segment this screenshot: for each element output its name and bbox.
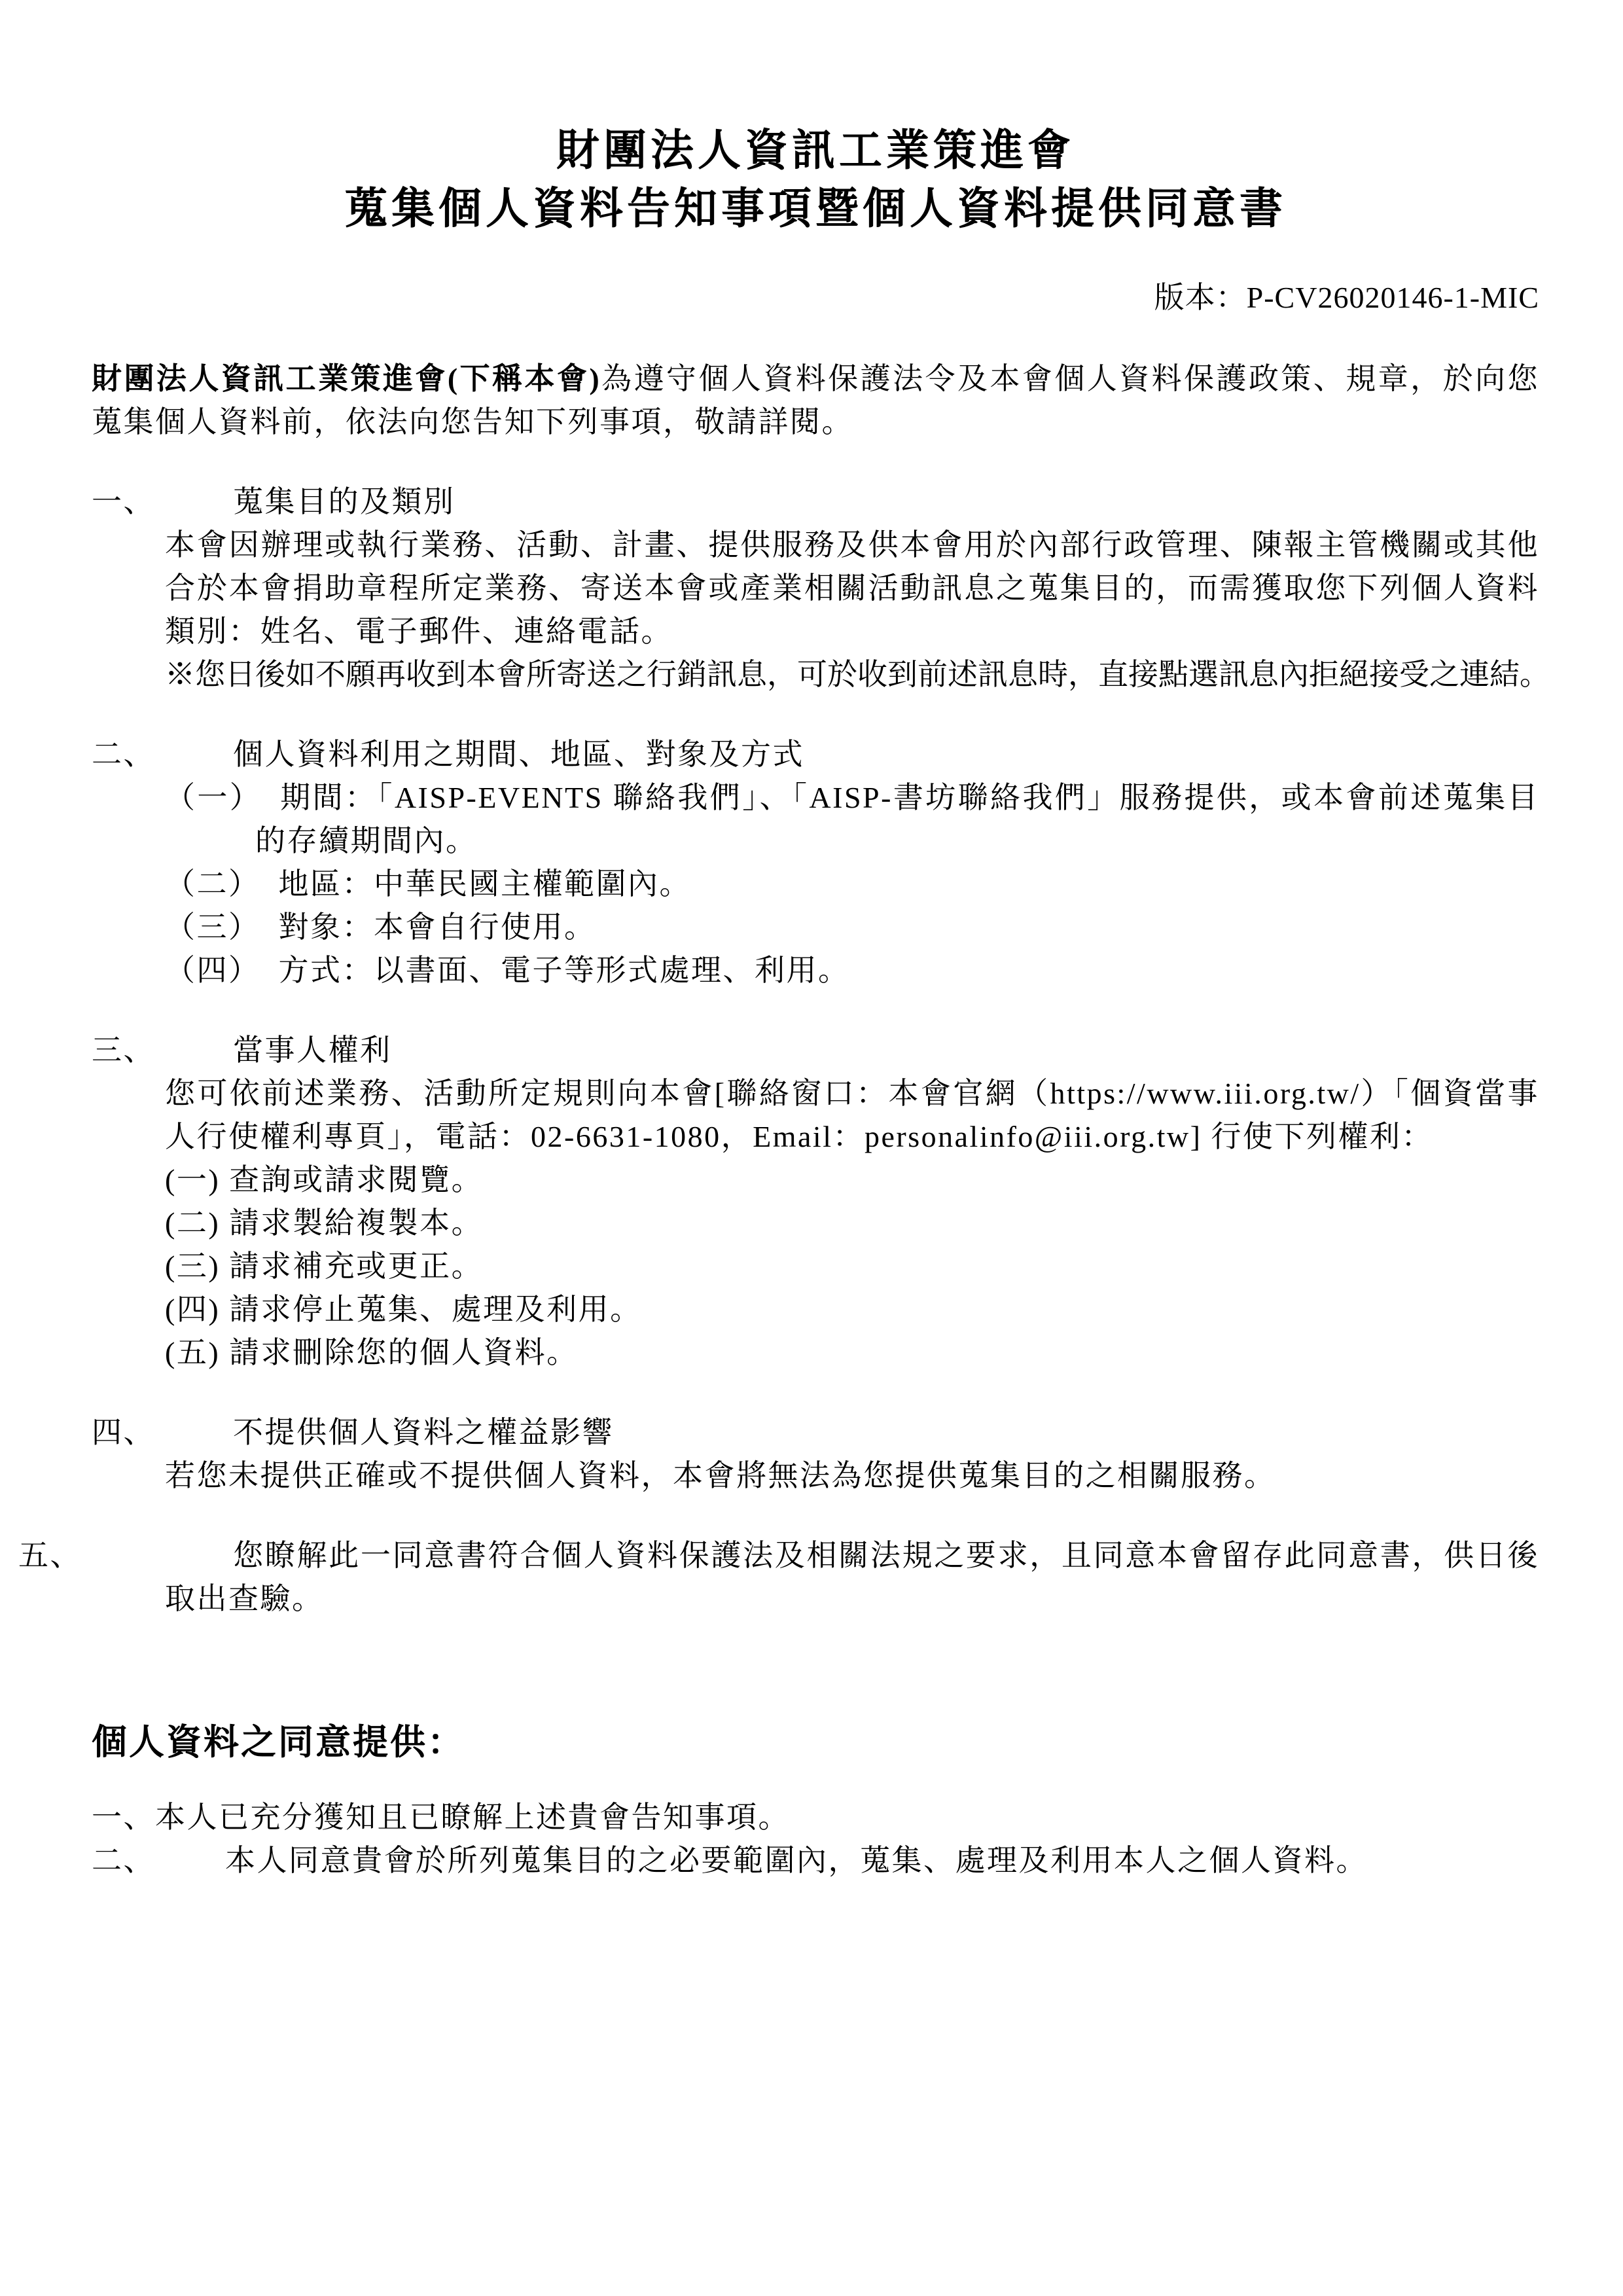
- section-data-subject-rights: 三、當事人權利 您可依前述業務、活動所定規則向本會[聯絡窗口：本會官網（http…: [92, 1029, 1539, 1374]
- section-title: 您瞭解此一同意書符合個人資料保護法及相關法規之要求，且同意本會留存此同意書，供日…: [165, 1539, 1539, 1615]
- sub-item-text: 期間：「AISP-EVENTS 聯絡我們」、「AISP-書坊聯絡我們」服務提供，…: [255, 781, 1539, 857]
- sub-item-label: （三）: [165, 910, 260, 944]
- title-line-1: 財團法人資訊工業策進會: [92, 122, 1539, 180]
- right-item: (五) 請求刪除您的個人資料。: [92, 1331, 1539, 1374]
- consent-item-2: 二、本人同意貴會於所列蒐集目的之必要範圍內，蒐集、處理及利用本人之個人資料。: [92, 1839, 1539, 1882]
- sub-item-target: （三）對象：本會自行使用。: [92, 906, 1539, 949]
- section-paragraph: 本會因辦理或執行業務、活動、計畫、提供服務及供本會用於內部行政管理、陳報主管機關…: [92, 524, 1539, 653]
- section-note: ※您日後如不願再收到本會所寄送之行銷訊息，可於收到前述訊息時，直接點選訊息內拒絕…: [92, 653, 1539, 696]
- title-line-2: 蒐集個人資料告知事項暨個人資料提供同意書: [92, 180, 1539, 238]
- section-number: 一、: [92, 480, 233, 524]
- version-label: 版本：P-CV26020146-1-MIC: [92, 276, 1539, 319]
- sub-item-text: 方式：以書面、電子等形式處理、利用。: [279, 954, 850, 987]
- consent-item-label: 一、: [92, 1801, 155, 1834]
- section-collection-purpose: 一、蒐集目的及類別 本會因辦理或執行業務、活動、計畫、提供服務及供本會用於內部行…: [92, 480, 1539, 696]
- intro-lead-bold: 財團法人資訊工業策進會(下稱本會): [92, 362, 601, 395]
- sub-item-label: （二）: [165, 867, 260, 901]
- section-heading: 二、個人資料利用之期間、地區、對象及方式: [92, 733, 1539, 776]
- sub-item-period: （一）期間：「AISP-EVENTS 聯絡我們」、「AISP-書坊聯絡我們」服務…: [92, 776, 1539, 863]
- section-heading: 五、您瞭解此一同意書符合個人資料保護法及相關法規之要求，且同意本會留存此同意書，…: [92, 1534, 1539, 1621]
- sub-item-text: 對象：本會自行使用。: [279, 910, 596, 944]
- section-title: 不提供個人資料之權益影響: [233, 1416, 614, 1449]
- consent-item-label: 二、: [92, 1839, 225, 1882]
- consent-list: 一、本人已充分獲知且已瞭解上述貴會告知事項。 二、本人同意貴會於所列蒐集目的之必…: [92, 1796, 1539, 1882]
- consent-item-1: 一、本人已充分獲知且已瞭解上述貴會告知事項。: [92, 1796, 1539, 1839]
- right-item: (二) 請求製給複製本。: [92, 1202, 1539, 1245]
- section-heading: 三、當事人權利: [92, 1029, 1539, 1072]
- section-title: 蒐集目的及類別: [233, 485, 455, 518]
- section-number: 五、: [92, 1534, 233, 1577]
- section-impact-of-refusal: 四、不提供個人資料之權益影響 若您未提供正確或不提供個人資料，本會將無法為您提供…: [92, 1411, 1539, 1498]
- sub-item-method: （四）方式：以書面、電子等形式處理、利用。: [92, 949, 1539, 992]
- sub-item-text: 地區：中華民國主權範圍內。: [279, 867, 692, 901]
- sub-item-label: （一）: [165, 781, 262, 814]
- right-item: (一) 查詢或請求閱覽。: [92, 1158, 1539, 1202]
- section-paragraph: 若您未提供正確或不提供個人資料，本會將無法為您提供蒐集目的之相關服務。: [92, 1454, 1539, 1498]
- section-heading: 四、不提供個人資料之權益影響: [92, 1411, 1539, 1454]
- section-retention-clause: 五、您瞭解此一同意書符合個人資料保護法及相關法規之要求，且同意本會留存此同意書，…: [92, 1534, 1539, 1621]
- section-usage-scope: 二、個人資料利用之期間、地區、對象及方式 （一）期間：「AISP-EVENTS …: [92, 733, 1539, 992]
- intro-paragraph: 財團法人資訊工業策進會(下稱本會)為遵守個人資料保護法令及本會個人資料保護政策、…: [92, 357, 1539, 444]
- consent-document-page: 財團法人資訊工業策進會 蒐集個人資料告知事項暨個人資料提供同意書 版本：P-CV…: [0, 0, 1623, 2296]
- right-item: (三) 請求補充或更正。: [92, 1245, 1539, 1288]
- consent-item-text: 本人已充分獲知且已瞭解上述貴會告知事項。: [155, 1801, 790, 1834]
- section-title: 個人資料利用之期間、地區、對象及方式: [233, 738, 804, 771]
- section-heading: 一、蒐集目的及類別: [92, 480, 1539, 524]
- consent-section-heading: 個人資料之同意提供：: [92, 1717, 1539, 1767]
- section-number: 二、: [92, 733, 233, 776]
- sub-item-label: （四）: [165, 954, 260, 987]
- section-number: 四、: [92, 1411, 233, 1454]
- document-title: 財團法人資訊工業策進會 蒐集個人資料告知事項暨個人資料提供同意書: [92, 122, 1539, 238]
- section-paragraph: 您可依前述業務、活動所定規則向本會[聯絡窗口：本會官網（https://www.…: [92, 1072, 1539, 1158]
- sub-item-region: （二）地區：中華民國主權範圍內。: [92, 863, 1539, 906]
- section-number: 三、: [92, 1029, 233, 1072]
- consent-item-text: 本人同意貴會於所列蒐集目的之必要範圍內，蒐集、處理及利用本人之個人資料。: [225, 1844, 1368, 1877]
- section-title: 當事人權利: [233, 1033, 392, 1067]
- right-item: (四) 請求停止蒐集、處理及利用。: [92, 1288, 1539, 1331]
